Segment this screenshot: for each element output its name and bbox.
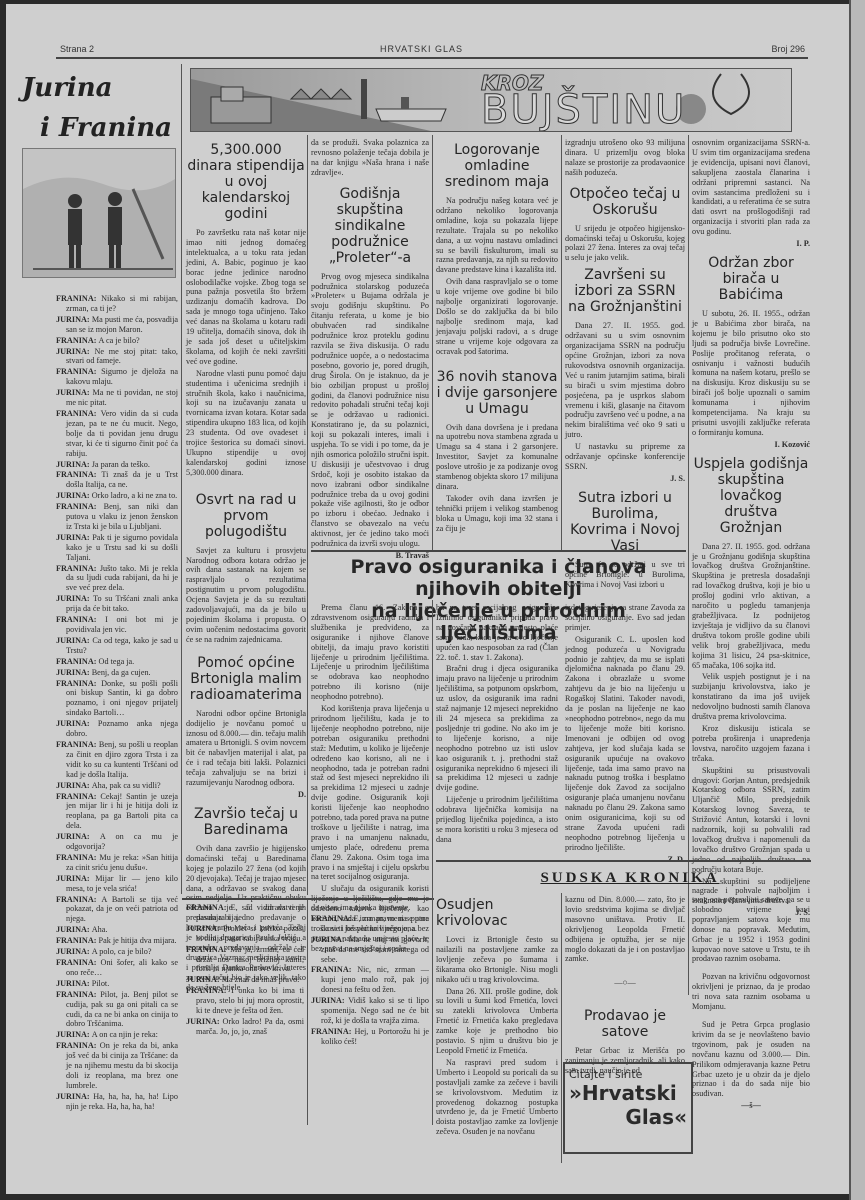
dialogue-continuation-1: FRANINA: E, sad vidin da ti je pasala ra… xyxy=(186,903,304,1038)
speaker: JURINA: xyxy=(311,996,348,1005)
speaker: FRANINA: xyxy=(56,958,101,967)
jurina-franina-title: Jurina i Franina xyxy=(22,68,172,148)
speaker: JURINA: xyxy=(56,832,100,841)
speaker: JURINA: xyxy=(56,781,92,790)
speaker: FRANINA: xyxy=(311,965,357,974)
headline: Logorovanje omladine sredinom maja xyxy=(436,142,558,190)
speaker: FRANINA: xyxy=(56,409,101,418)
dialogue-line: JURINA: Vidiš kako si se ti lipo spomeni… xyxy=(311,996,429,1026)
dialogue-line: FRANINA: Oni šofer, ali kako se ono reče… xyxy=(56,958,178,978)
speaker: FRANINA: xyxy=(186,986,231,995)
speaker: FRANINA: xyxy=(56,294,101,303)
article-ssrn: izgradnju utrošeno oko 93 milijuna dinar… xyxy=(565,138,685,591)
article-logorovanje: Logorovanje omladine sredinom maja Na po… xyxy=(436,138,558,535)
cartoon-illustration xyxy=(22,148,176,278)
speaker: FRANINA: xyxy=(56,936,99,945)
dialogue-line: FRANINA: Vero vidin da si cuda jezan, pa… xyxy=(56,409,178,459)
dialogue-line: JURINA: Ha, ha, ha, ha, ha! Lipo njin je… xyxy=(56,1092,178,1112)
pravo-col-3: izdatog rješenja sa strane Zavoda za soc… xyxy=(565,603,685,865)
dialogue-line: FRANINA: E, sad vidin da ti je pasala ra… xyxy=(186,903,304,923)
speaker: JURINA: xyxy=(311,935,349,944)
speaker: FRANINA: xyxy=(56,740,99,749)
dialogue-line: JURINA: Ma pusti me ća, posvadija san se… xyxy=(56,315,178,335)
speaker: FRANINA: xyxy=(186,945,230,954)
two-men-illustration-icon xyxy=(23,149,175,277)
speaker: FRANINA: xyxy=(56,1041,100,1050)
speaker: JURINA: xyxy=(56,979,92,988)
speaker: JURINA: xyxy=(186,924,223,933)
author: D. xyxy=(186,790,306,800)
separator: —○— xyxy=(565,978,685,988)
dialogue-line: JURINA: Aha. xyxy=(56,925,178,935)
dialogue-line: JURINA: Ma ne stoj mi govorit, znaš da m… xyxy=(311,935,429,965)
dialogue-line: FRANINA: Pilot, ja. Benj pilot se cudija… xyxy=(56,990,178,1030)
speaker: JURINA: xyxy=(56,947,92,956)
dialogue-line: FRANINA: Jušto tako. Mi je rekla da su l… xyxy=(56,564,178,594)
column-rule xyxy=(688,135,689,995)
dialogue-line: FRANINA: Sigurno je djelo­ža na kakovu m… xyxy=(56,367,178,387)
dialogue-line: FRANINA: Nic, nic, zrman — kupi jeno mal… xyxy=(311,965,429,995)
article-stipendije: 5,300.000 dinara stipendija u ovoj kalen… xyxy=(186,138,306,994)
dialogue-line: JURINA: Ja paran da teško. xyxy=(56,460,178,470)
dialogue-line: FRANINA: Ma ja, zrman, ca ćeš držat nos … xyxy=(186,945,304,975)
speaker: JURINA: xyxy=(56,636,92,645)
speaker: FRANINA: xyxy=(56,792,100,801)
dialogue-line: JURINA: Ma znaš da imaš pravo. xyxy=(186,975,304,985)
speaker: JURINA: xyxy=(56,460,92,469)
dialogue-line: FRANINA: Od tega ja. xyxy=(56,657,178,667)
speaker: JURINA: xyxy=(56,1092,93,1101)
dialogue-line: FRANINA: Ti znaš da je u Trst došla Ital… xyxy=(56,470,178,490)
kroz-bujstinu-banner: KROZ BUJŠTINU xyxy=(190,68,792,132)
dialogue-line: FRANINA: Nikako si mi rabijan, zrman, ca… xyxy=(56,294,178,314)
dialogue-line: FRANINA: Benj, san niki dan putova u vla… xyxy=(56,502,178,532)
headline: Završeni su izbori za SSRN na Grožnjanšt… xyxy=(565,267,685,315)
speaker: JURINA: xyxy=(56,315,92,324)
dialogue-column: FRANINA: Nikako si mi rabijan, zrman, ca… xyxy=(56,294,178,1113)
headline: Uspjela godišnja skupština lovačkog druš… xyxy=(692,456,810,536)
article-osudjen-cont: kaznu od Din. 8.000.— zato, što je lovio… xyxy=(565,895,685,1078)
dialogue-line: JURINA: Orko ladro! Pa da, osmi marča. J… xyxy=(186,1017,304,1037)
dialogue-line: FRANINA: Hej, u Portorožu hi je koliko ć… xyxy=(311,1027,429,1047)
speaker: FRANINA: xyxy=(311,914,354,923)
speaker: JURINA: xyxy=(186,1017,222,1026)
dialogue-line: JURINA: Aha, pak ca su vidli? xyxy=(56,781,178,791)
dialogue-line: JURINA: Pilot. xyxy=(56,979,178,989)
speaker: JURINA: xyxy=(56,388,93,397)
headline: Pomoć općine Brtonigla malim radioamater… xyxy=(186,655,306,703)
speaker: JURINA: xyxy=(56,594,93,603)
dialogue-line: JURINA: Benj, da ga cujen. xyxy=(56,668,178,678)
dialogue-line: FRANINA: I onka ko bi ima ti pravo, stel… xyxy=(186,986,304,1016)
dialogue-line: JURINA: A on ca mu je odgovorija? xyxy=(56,832,178,852)
headline: 5,300.000 dinara stipendija u ovoj kalen… xyxy=(186,142,306,222)
dialogue-line: JURINA: Ne me stoj pitat: tako, stvari o… xyxy=(56,347,178,367)
column-rule xyxy=(561,893,562,1163)
dialogue-line: FRANINA: E, zrman, meni se para da si ti… xyxy=(311,914,429,934)
masthead-title: HRVATSKI GLAS xyxy=(380,44,463,54)
speaker: FRANINA: xyxy=(311,1027,354,1036)
speaker: JURINA: xyxy=(56,491,92,500)
speaker: JURINA: xyxy=(56,925,92,934)
page-edge xyxy=(849,0,865,1200)
dialogue-line: JURINA: Orko ladro, a ki ne zna to. xyxy=(56,491,178,501)
dialogue-line: JURINA: Ma ne ti povidan, ne stoj me nic… xyxy=(56,388,178,408)
dialogue-continuation-2: da nisan ima njanka inamente.FRANINA: E,… xyxy=(311,903,429,1048)
speaker: JURINA: xyxy=(56,533,92,542)
author: J. S. xyxy=(565,474,685,484)
dialogue-line: FRANINA: Mu je reka: »San hitija za cini… xyxy=(56,853,178,873)
speaker: FRANINA: xyxy=(56,367,101,376)
speaker: FRANINA: xyxy=(56,615,105,624)
dialogue-line: JURINA: A polo, ca je bilo? xyxy=(56,947,178,957)
speaker: JURINA: xyxy=(56,668,92,677)
speaker: JURINA: xyxy=(56,1030,92,1039)
dialogue-line: JURINA: Poznamo anka njega dobro. xyxy=(56,719,178,739)
headline: Godišnja skupština sindikalne podružnice… xyxy=(311,186,429,266)
speaker: FRANINA: xyxy=(56,502,104,511)
sudska-kronika-heading: SUDSKA KRONIKA xyxy=(500,870,760,887)
article-proleter: da se produži. Svaka polaznica za revnos… xyxy=(311,138,429,561)
dialogue-line: FRANINA: I oni bot mi je povidivala jen … xyxy=(56,615,178,635)
speaker: JURINA: xyxy=(56,719,98,728)
section-rule xyxy=(436,860,811,862)
speaker: FRANINA: xyxy=(56,336,99,345)
dialogue-line: JURINA: Proklet si koliko pezaš, bi cini… xyxy=(186,924,304,944)
dialogue-line: FRANINA: Benj, su pošli u reoplan za čin… xyxy=(56,740,178,780)
speaker: FRANINA: xyxy=(186,903,231,912)
article-osudjen: Osudjen krivolovac Lovci iz Brtonigle če… xyxy=(436,893,558,1139)
speaker: JURINA: xyxy=(56,347,94,356)
headline: Sutra izbori u Burolima, Kovrima i Novoj… xyxy=(565,490,685,554)
column-rule xyxy=(432,600,433,1125)
issue-number: Broj 296 xyxy=(771,44,805,54)
speaker: FRANINA: xyxy=(56,470,101,479)
page-number: Strana 2 xyxy=(60,44,94,54)
column-rule xyxy=(307,900,308,1125)
article-satovi-cont: svog oca popravljati satove, pa se u slo… xyxy=(692,895,810,1111)
dialogue-line: FRANINA: A ca je bilo? xyxy=(56,336,178,346)
speaker: FRANINA: xyxy=(56,853,99,862)
column-rule xyxy=(432,135,433,550)
dialogue-line: FRANINA: Pak je hitija dva mijara. xyxy=(56,936,178,946)
dialogue-line: JURINA: To su Tršćani znali anka prija d… xyxy=(56,594,178,614)
dialogue-line: FRANINA: A Bartoli se tija već pokazat, … xyxy=(56,895,178,925)
dialogue-line: FRANINA: Donke, su pošli pošli oni bisku… xyxy=(56,679,178,719)
speaker: FRANINA: xyxy=(56,657,99,666)
dialogue-line: JURINA: A on ca njin je reka: xyxy=(56,1030,178,1040)
dialogue-line: FRANINA: Cekaj! Santin je uzeja jen mija… xyxy=(56,792,178,832)
headline: Osudjen krivolovac xyxy=(436,897,558,929)
header-rule xyxy=(56,57,808,59)
column-rule xyxy=(181,64,182,894)
headline: Otpočeo tečaj u Oskorušu xyxy=(565,186,685,218)
speaker: JURINA: xyxy=(56,874,95,883)
article-right-column: osnovnim organizacijama SSRN-a. U svim t… xyxy=(692,138,810,918)
dialogue-line: JURINA: Pak ti je sigurno povidala kako … xyxy=(56,533,178,563)
speaker: FRANINA: xyxy=(56,990,100,999)
pravo-col-2: bu na teret socijalnog osiguranja. Iznim… xyxy=(436,603,558,847)
dialogue-line: FRANINA: On je reka da bi, anka još već … xyxy=(56,1041,178,1091)
column-rule xyxy=(307,135,308,895)
headline: Prodavao je satove xyxy=(565,1008,685,1040)
headline: Održan zbor birača u Babićima xyxy=(692,255,810,303)
headline: 36 novih stanova i dvije garsonjere u Um… xyxy=(436,369,558,417)
banner-bujstinu: BUJŠTINU xyxy=(481,87,686,132)
section-rule xyxy=(182,898,434,900)
advertisement-box: Čitajte i širite »Hrvatski Glas« xyxy=(563,1062,693,1154)
headline: Osvrt na rad u prvom polugodištu xyxy=(186,492,306,540)
column-rule xyxy=(561,135,562,550)
dialogue-line: JURINA: Ca od tega, kako je sad u Trstu? xyxy=(56,636,178,656)
speaker: JURINA: xyxy=(186,975,222,984)
speaker: FRANINA: xyxy=(56,895,101,904)
headline: Završio tečaj u Baredinama xyxy=(186,806,306,838)
dialogue-line: da nisan ima njanka inamente. xyxy=(311,903,429,913)
dialogue-line: JURINA: Mijar lir — jeno kilo mesa, to j… xyxy=(56,874,178,894)
section-rule xyxy=(311,550,686,552)
speaker: FRANINA: xyxy=(56,679,101,688)
speaker: FRANINA: xyxy=(56,564,100,573)
